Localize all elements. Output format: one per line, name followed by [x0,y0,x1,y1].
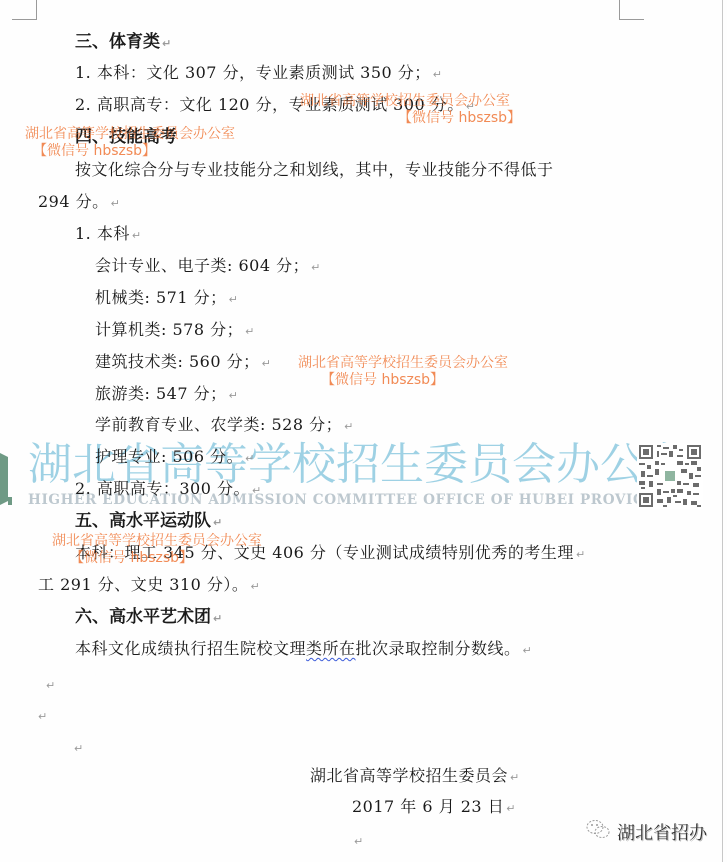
score-text: 旅游类: 547 分； [95,384,227,403]
section-3-item-1: 1. 本科：文化 307 分，专业素质测试 350 分；↵ [75,63,443,85]
watermark-wechat-id: 【微信号 hbszsb】 [25,143,235,160]
empty-paragraph: ↵ [352,830,364,852]
page-corner-mark-top-left [12,0,37,20]
orange-watermark: 湖北省高等学校招生委员会办公室 【微信号 hbszsb】 [52,533,262,567]
paragraph-mark-icon: ↵ [344,420,354,433]
empty-paragraph: ↵ [36,705,48,727]
date-text: 2017 年 6 月 23 日 [352,797,504,816]
paragraph-mark-icon: ↵ [262,357,272,370]
watermark-wechat-id: 【微信号 hbszsb】 [52,550,262,567]
section-3-heading: 三、体育类↵ [75,32,171,54]
score-text: 会计专业、电子类: 604 分； [95,256,309,275]
orange-watermark: 湖北省高等学校招生委员会办公室 【微信号 hbszsb】 [298,355,508,389]
brand-name: 湖北省招办 [617,819,707,845]
paragraph-mark-icon: ↵ [311,261,321,274]
signature-org: 湖北省高等学校招生委员会↵ [310,766,520,788]
watermark-title: 湖北省高等学校招生委员会办公室 [52,533,262,549]
paragraph-text: 本科文化成绩执行招生院校文理 [75,639,306,658]
paragraph-mark-icon: ↵ [433,68,443,81]
building-logo-icon [0,447,12,507]
sub-label: 1. 本科 [75,224,130,243]
heading-text: 五、高水平运动队 [75,511,211,531]
paragraph-text: 294 分。 [38,192,109,211]
section-6-line-1: 本科文化成绩执行招生院校文理类所在批次录取控制分数线。↵ [75,639,532,661]
paragraph-mark-icon: ↵ [245,452,255,465]
watermark-title: 湖北省高等学校招生委员会办公室 [25,126,235,142]
watermark-wechat-id: 【微信号 hbszsb】 [300,110,521,127]
section-6-heading: 六、高水平艺术团↵ [75,607,222,629]
paragraph-text: 工 291 分、文史 310 分）。 [38,575,248,594]
section-5-heading: 五、高水平运动队↵ [75,511,222,533]
paragraph-mark-icon: ↵ [510,771,520,784]
sub-text: 2. 高职高专：300 分。 [75,479,250,498]
paragraph-mark-icon: ↵ [74,742,84,755]
paragraph-mark-icon: ↵ [111,197,121,210]
score-text: 计算机类: 578 分； [95,320,243,339]
heading-text: 六、高水平艺术团 [75,607,211,627]
signature-date: 2017 年 6 月 23 日↵ [352,797,516,819]
paragraph-mark-icon: ↵ [213,612,222,625]
score-text: 机械类: 571 分； [95,288,227,307]
empty-paragraph: ↵ [44,674,56,696]
heading-text: 三、体育类 [75,32,160,52]
paragraph-mark-icon: ↵ [523,644,533,657]
paragraph-mark-icon: ↵ [132,229,142,242]
watermark-title: 湖北省高等学校招生委员会办公室 [298,355,508,371]
watermark-title: 湖北省高等学校招生委员会办公室 [300,93,510,109]
section-4-intro-line-2: 294 分。↵ [38,192,120,214]
score-item: 计算机类: 578 分；↵ [95,320,255,342]
paragraph-mark-icon: ↵ [229,389,239,402]
paragraph-mark-icon: ↵ [38,710,48,723]
document-page: 三、体育类↵ 1. 本科：文化 307 分，专业素质测试 350 分；↵ 2. … [0,0,727,862]
item-text: 1. 本科：文化 307 分，专业素质测试 350 分； [75,63,431,82]
page-corner-mark-top-right [619,0,644,20]
org-text: 湖北省高等学校招生委员会 [310,766,508,785]
empty-paragraph: ↵ [72,737,84,759]
section-5-line-2: 工 291 分、文史 310 分）。↵ [38,575,260,597]
score-text: 护理专业: 506 分。 [95,447,243,466]
section-4-sub-2: 2. 高职高专：300 分。↵ [75,479,262,501]
paragraph-mark-icon: ↵ [213,516,222,529]
watermark-wechat-id: 【微信号 hbszsb】 [298,372,508,389]
section-4-intro-line-1: 按文化综合分与专业技能分之和划线，其中，专业技能分不得低于 [75,160,554,180]
qr-code-icon [637,443,703,509]
score-item: 旅游类: 547 分；↵ [95,384,238,406]
paragraph-mark-icon: ↵ [506,802,516,815]
paragraph-text: 批次录取控制分数线。 [356,639,521,658]
score-item: 建筑技术类: 560 分；↵ [95,352,271,374]
paragraph-mark-icon: ↵ [46,679,56,692]
score-item: 护理专业: 506 分。↵ [95,447,255,469]
score-item: 学前教育专业、农学类: 528 分；↵ [95,415,354,437]
paragraph-mark-icon: ↵ [252,484,262,497]
footer-brand: 湖北省招办 [585,818,707,845]
wechat-icon [585,818,611,845]
paragraph-mark-icon: ↵ [576,548,586,561]
spellcheck-underlined-text: 类所在 [306,639,356,658]
paragraph-text: 按文化综合分与专业技能分之和划线，其中，专业技能分不得低于 [75,160,554,179]
paragraph-mark-icon: ↵ [245,325,255,338]
paragraph-mark-icon: ↵ [354,835,364,848]
paragraph-mark-icon: ↵ [229,293,239,306]
orange-watermark: 湖北省高等学校招生委员会办公室 【微信号 hbszsb】 [25,126,235,160]
orange-watermark: 湖北省高等学校招生委员会办公室 【微信号 hbszsb】 [300,93,521,127]
score-text: 学前教育专业、农学类: 528 分； [95,415,342,434]
paragraph-mark-icon: ↵ [250,580,260,593]
score-item: 会计专业、电子类: 604 分；↵ [95,256,321,278]
page-edge-line [722,0,723,862]
score-text: 建筑技术类: 560 分； [95,352,260,371]
score-item: 机械类: 571 分；↵ [95,288,238,310]
section-4-sub-1-label: 1. 本科↵ [75,224,142,246]
paragraph-mark-icon: ↵ [162,37,171,50]
